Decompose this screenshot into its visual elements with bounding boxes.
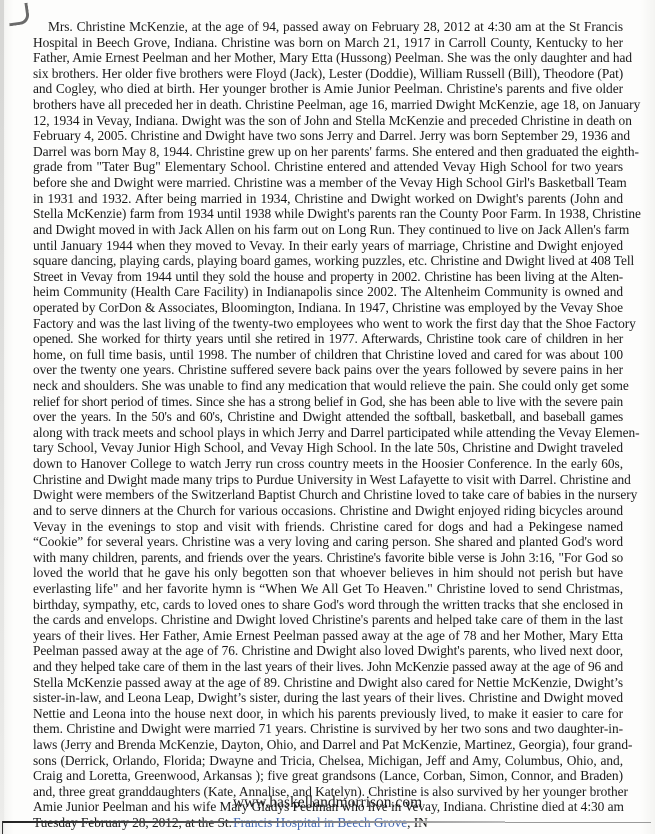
page-left-edge	[0, 0, 4, 834]
text-line: Darrel was born May 8, 1944. Christine g…	[33, 144, 623, 160]
text-line: them. Christine and Dwight were married …	[33, 721, 623, 737]
text-line: sister-in-law, and Leona Leap, Dwight’s …	[33, 690, 623, 706]
text-line: along with track meets and school plays …	[33, 425, 623, 441]
text-line: Dwight were members of the Switzerland B…	[33, 487, 623, 503]
text-line: with many children, parents, and friends…	[33, 550, 623, 566]
text-line: over the twenty one years. Christine suf…	[33, 362, 623, 378]
text-line: square dancing, playing cards, playing b…	[33, 253, 623, 269]
text-line: until January 1944 when they moved to Ve…	[33, 238, 623, 254]
text-line: and Cogley, who died at birth. Her young…	[33, 81, 623, 97]
bottom-page-edge	[2, 821, 3, 834]
text-line: February 4, 2005. Christine and Dwight h…	[33, 128, 623, 144]
text-line: Factory and was the last living of the t…	[33, 316, 623, 332]
text-line: opened. She worked for thirty years unti…	[33, 331, 623, 347]
text-line: six brothers. Her older five brothers we…	[33, 66, 623, 82]
text-line: neck and shoulders. She was unable to fi…	[33, 378, 623, 394]
text-line: loved the world that he gave his only be…	[33, 565, 623, 581]
text-line: Christine and Dwight made many trips to …	[33, 472, 623, 488]
text-line: before she and Dwight were married. Chri…	[33, 175, 623, 191]
text-line: sons (Derrick, Orlando, Florida; Dwayne …	[33, 753, 623, 769]
text-line: brothers have all preceded her in death.…	[33, 97, 623, 113]
text-line: everlasting life" and her favorite hymn …	[33, 581, 623, 597]
text-line: and they helped take care of them in the…	[33, 659, 623, 675]
text-line: 12, 1934 in Vevay, Indiana. Dwight was t…	[33, 113, 623, 129]
text-line: operated by CorDon & Associates, Bloomin…	[33, 300, 623, 316]
text-line: Father, Amie Ernest Peelman and her Moth…	[33, 50, 623, 66]
text-line: over the years. In the 50's and 60's, Ch…	[33, 409, 623, 425]
text-line: “Cookie” for several years. Christine wa…	[33, 534, 623, 550]
text-line: down to Hanover College to watch Jerry r…	[33, 456, 623, 472]
text-line: Stella McKenzie) farm from 1934 until 19…	[33, 206, 623, 222]
text-line: laws (Jerry and Brenda McKenzie, Dayton,…	[33, 737, 623, 753]
text-line: grade from "Tater Bug" Elementary School…	[33, 159, 623, 175]
text-line: Stella McKenzie passed away at the age o…	[33, 675, 623, 691]
text-line: and Dwight moved in with Jack Allen on h…	[33, 222, 623, 238]
text-line: Mrs. Christine McKenzie, at the age of 9…	[33, 19, 623, 35]
text-line: and to serve dinners at the Church for v…	[33, 503, 623, 519]
text-line: Vevay in the evenings to stop and visit …	[33, 519, 623, 535]
text-line: in 1931 and 1932. After being married in…	[33, 191, 623, 207]
bottom-divider-line-faded	[505, 822, 651, 823]
text-line: Craig and Loretta, Greenwood, Arkansas )…	[33, 768, 623, 784]
text-line: Peelman passed away at the age of 76. Ch…	[33, 643, 623, 659]
text-line: Nettie and Leona into the house next doo…	[33, 706, 623, 722]
text-line: tary School, Vevay Junior High School, a…	[33, 440, 623, 456]
website-footer: www.haskellandmorrison.com	[0, 794, 655, 812]
text-line: birthday, sympathy, etc, cards to loved …	[33, 597, 623, 613]
text-line: the cards and envelops. Christine and Dw…	[33, 612, 623, 628]
obituary-body: Mrs. Christine McKenzie, at the age of 9…	[33, 19, 623, 831]
text-line: heim Community (Health Care Facility) in…	[33, 284, 623, 300]
bottom-divider-line	[2, 821, 505, 823]
text-line: Hospital in Beech Grove, Indiana. Christ…	[33, 35, 623, 51]
text-line: relief for short period of times. Since …	[33, 394, 623, 410]
text-line: home, on full time basis, until 1998. Th…	[33, 347, 623, 363]
text-line: years of their lives. Her Father, Amie E…	[33, 628, 623, 644]
text-line: Street in Vevay from 1944 until they sol…	[33, 269, 623, 285]
